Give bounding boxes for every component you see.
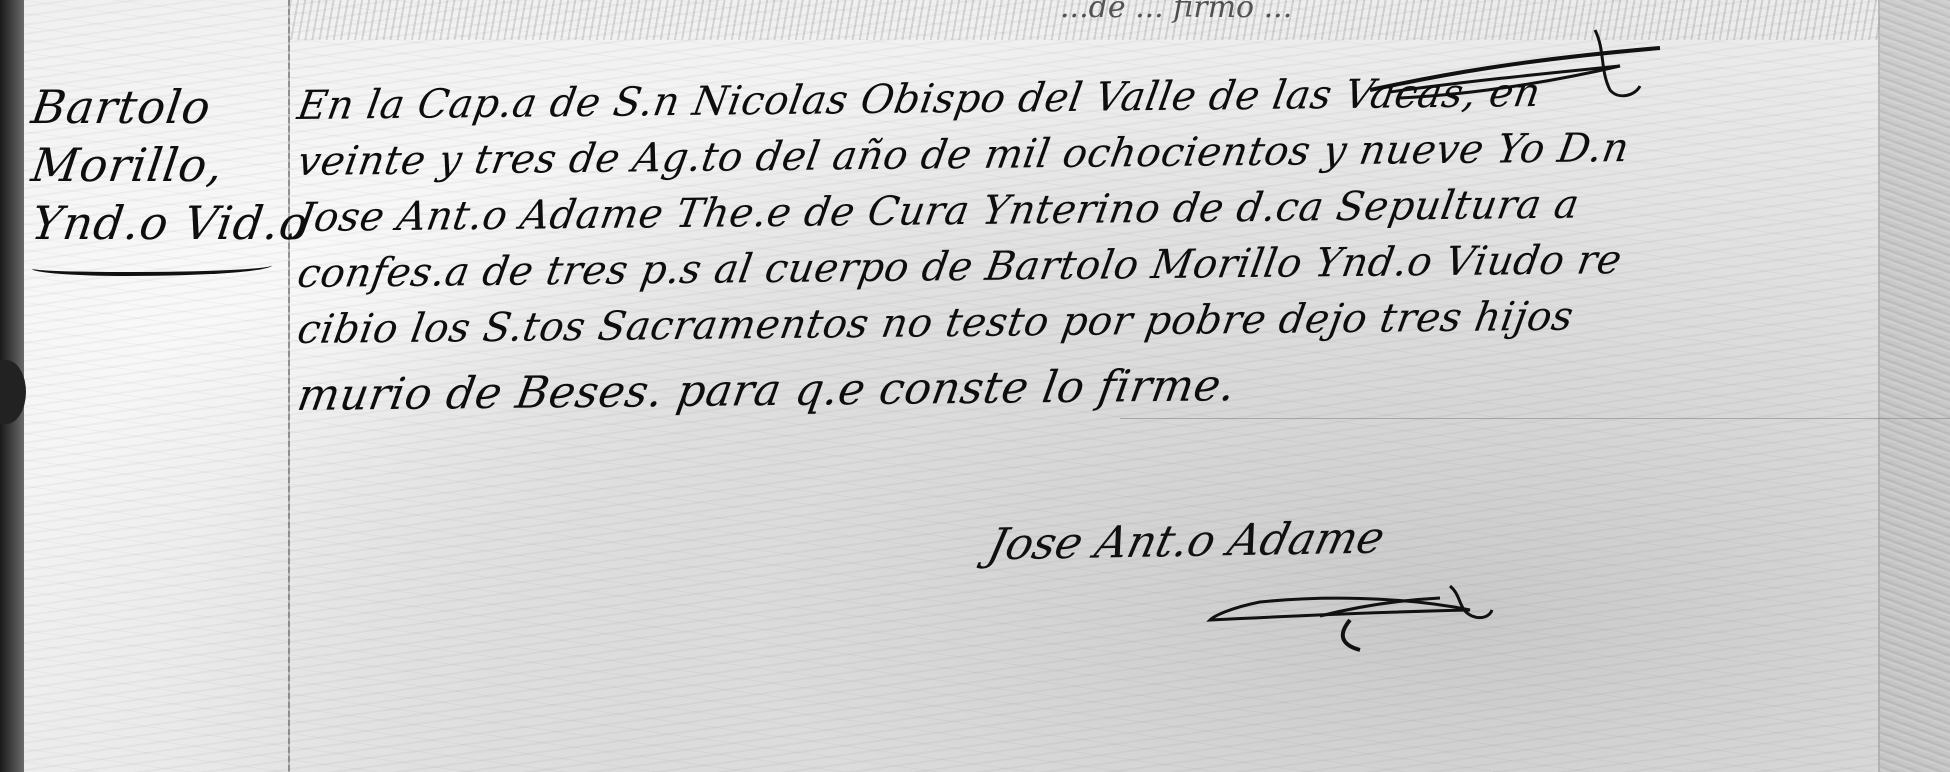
margin-note-line: Ynd.o Vid.o [28, 194, 286, 252]
signature-rubric-icon [1200, 576, 1500, 656]
margin-note-line: Morillo, [28, 136, 286, 194]
margin-note: Bartolo Morillo, Ynd.o Vid.o [32, 78, 282, 276]
burial-entry-text: En la Cap.a de S.n Nicolas Obispo del Va… [298, 78, 1878, 424]
signature-block: Jose Ant.o Adame [990, 515, 1500, 656]
entry-line: murio de Beses. para q.e conste lo firme… [293, 351, 1882, 424]
signature-name: Jose Ant.o Adame [983, 511, 1507, 571]
scanned-register-page: ...de ... firmo ... Bartolo Morillo, Ynd… [0, 0, 1950, 772]
page-edge-shading [1880, 0, 1950, 772]
margin-note-line: Bartolo [28, 78, 286, 136]
margin-flourish-icon [32, 258, 272, 276]
margin-rule-line [288, 0, 290, 772]
previous-entry-fragment: ...de ... firmo ... [1060, 0, 1292, 25]
